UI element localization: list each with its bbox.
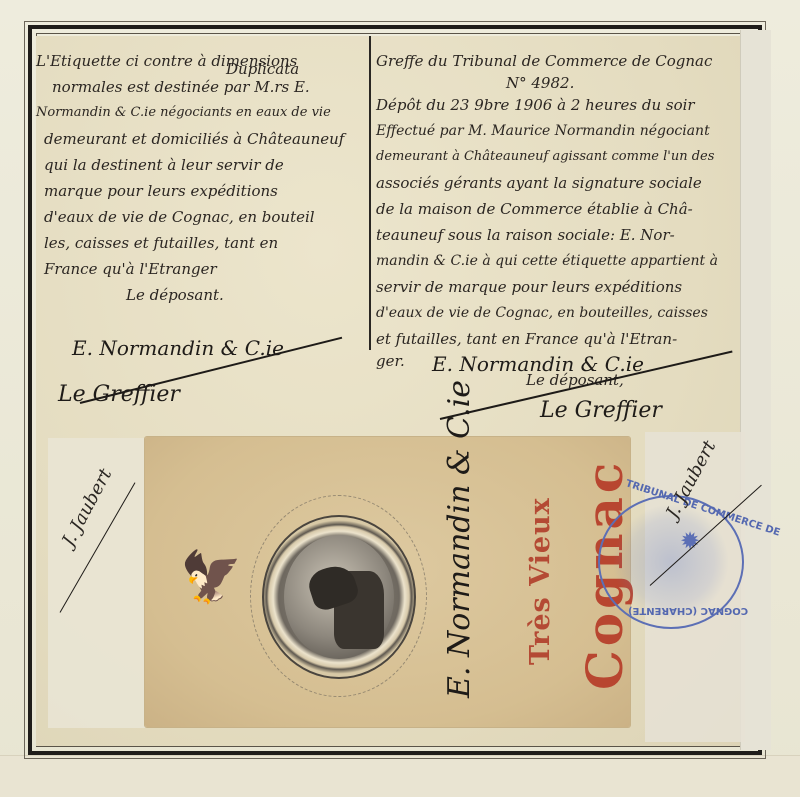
left-closing: Le déposant. <box>36 282 366 308</box>
right-line: associés gérants ayant la signature soci… <box>376 170 736 196</box>
left-line: France qu'à l'Etranger <box>36 256 366 282</box>
left-line: Normandin & C.ie négociants en eaux de v… <box>36 100 366 126</box>
right-line: de la maison de Commerce établie à Châ- <box>376 196 736 222</box>
left-line: marque pour leurs expéditions <box>36 178 366 204</box>
registry-heading: Greffe du Tribunal de Commerce de Cognac <box>376 48 736 74</box>
right-clerk-signature: Le Greffier <box>540 398 662 423</box>
right-line: servir de marque pour leurs expéditions <box>376 274 736 300</box>
left-clerk-signature: Le Greffier <box>58 382 180 407</box>
right-line: d'eaux de vie de Cognac, en bouteilles, … <box>376 300 736 326</box>
left-line: qui la destinent à leur servir de <box>36 152 366 178</box>
left-line: normales est destinée par M.rs E. <box>36 74 366 100</box>
imperial-eagle-icon: 🦅 <box>180 548 242 606</box>
right-registry-entry: Greffe du Tribunal de Commerce de Cognac… <box>376 42 736 390</box>
left-line: L'Etiquette ci contre à dimensions <box>36 48 366 74</box>
right-line: mandin & C.ie à qui cette étiquette appa… <box>376 248 736 274</box>
registry-number: N° 4982. <box>376 74 736 92</box>
napoleon-medallion <box>262 515 416 679</box>
right-line: Dépôt du 23 9bre 1906 à 2 heures du soir <box>376 92 736 118</box>
underlying-page <box>0 755 800 797</box>
stamp-text-bottom: COGNAC (CHARENTE) <box>628 605 748 616</box>
left-line: les, caisses et futailles, tant en <box>36 230 366 256</box>
right-line: teauneuf sous la raison sociale: E. Nor- <box>376 222 736 248</box>
label-tres-vieux: Très Vieux <box>525 497 556 665</box>
column-divider <box>369 36 371 350</box>
duplicata-annotation: Duplicata <box>226 56 299 82</box>
right-line: demeurant à Châteauneuf agissant comme l… <box>376 144 736 170</box>
portrait <box>284 535 394 659</box>
right-depositor-signature: E. Normandin & C.ie <box>432 352 644 376</box>
right-line: Effectué par M. Maurice Normandin négoci… <box>376 118 736 144</box>
left-depositor-signature: E. Normandin & C.ie <box>72 336 284 360</box>
left-declaration: Duplicata L'Etiquette ci contre à dimens… <box>36 42 366 308</box>
left-line: d'eaux de vie de Cognac, en bouteil <box>36 204 366 230</box>
right-line: et futailles, tant en France qu'à l'Etra… <box>376 326 736 352</box>
left-line: demeurant et domiciliés à Châteauneuf <box>36 126 366 152</box>
label-signature: E. Normandin & C.ie <box>442 380 477 698</box>
